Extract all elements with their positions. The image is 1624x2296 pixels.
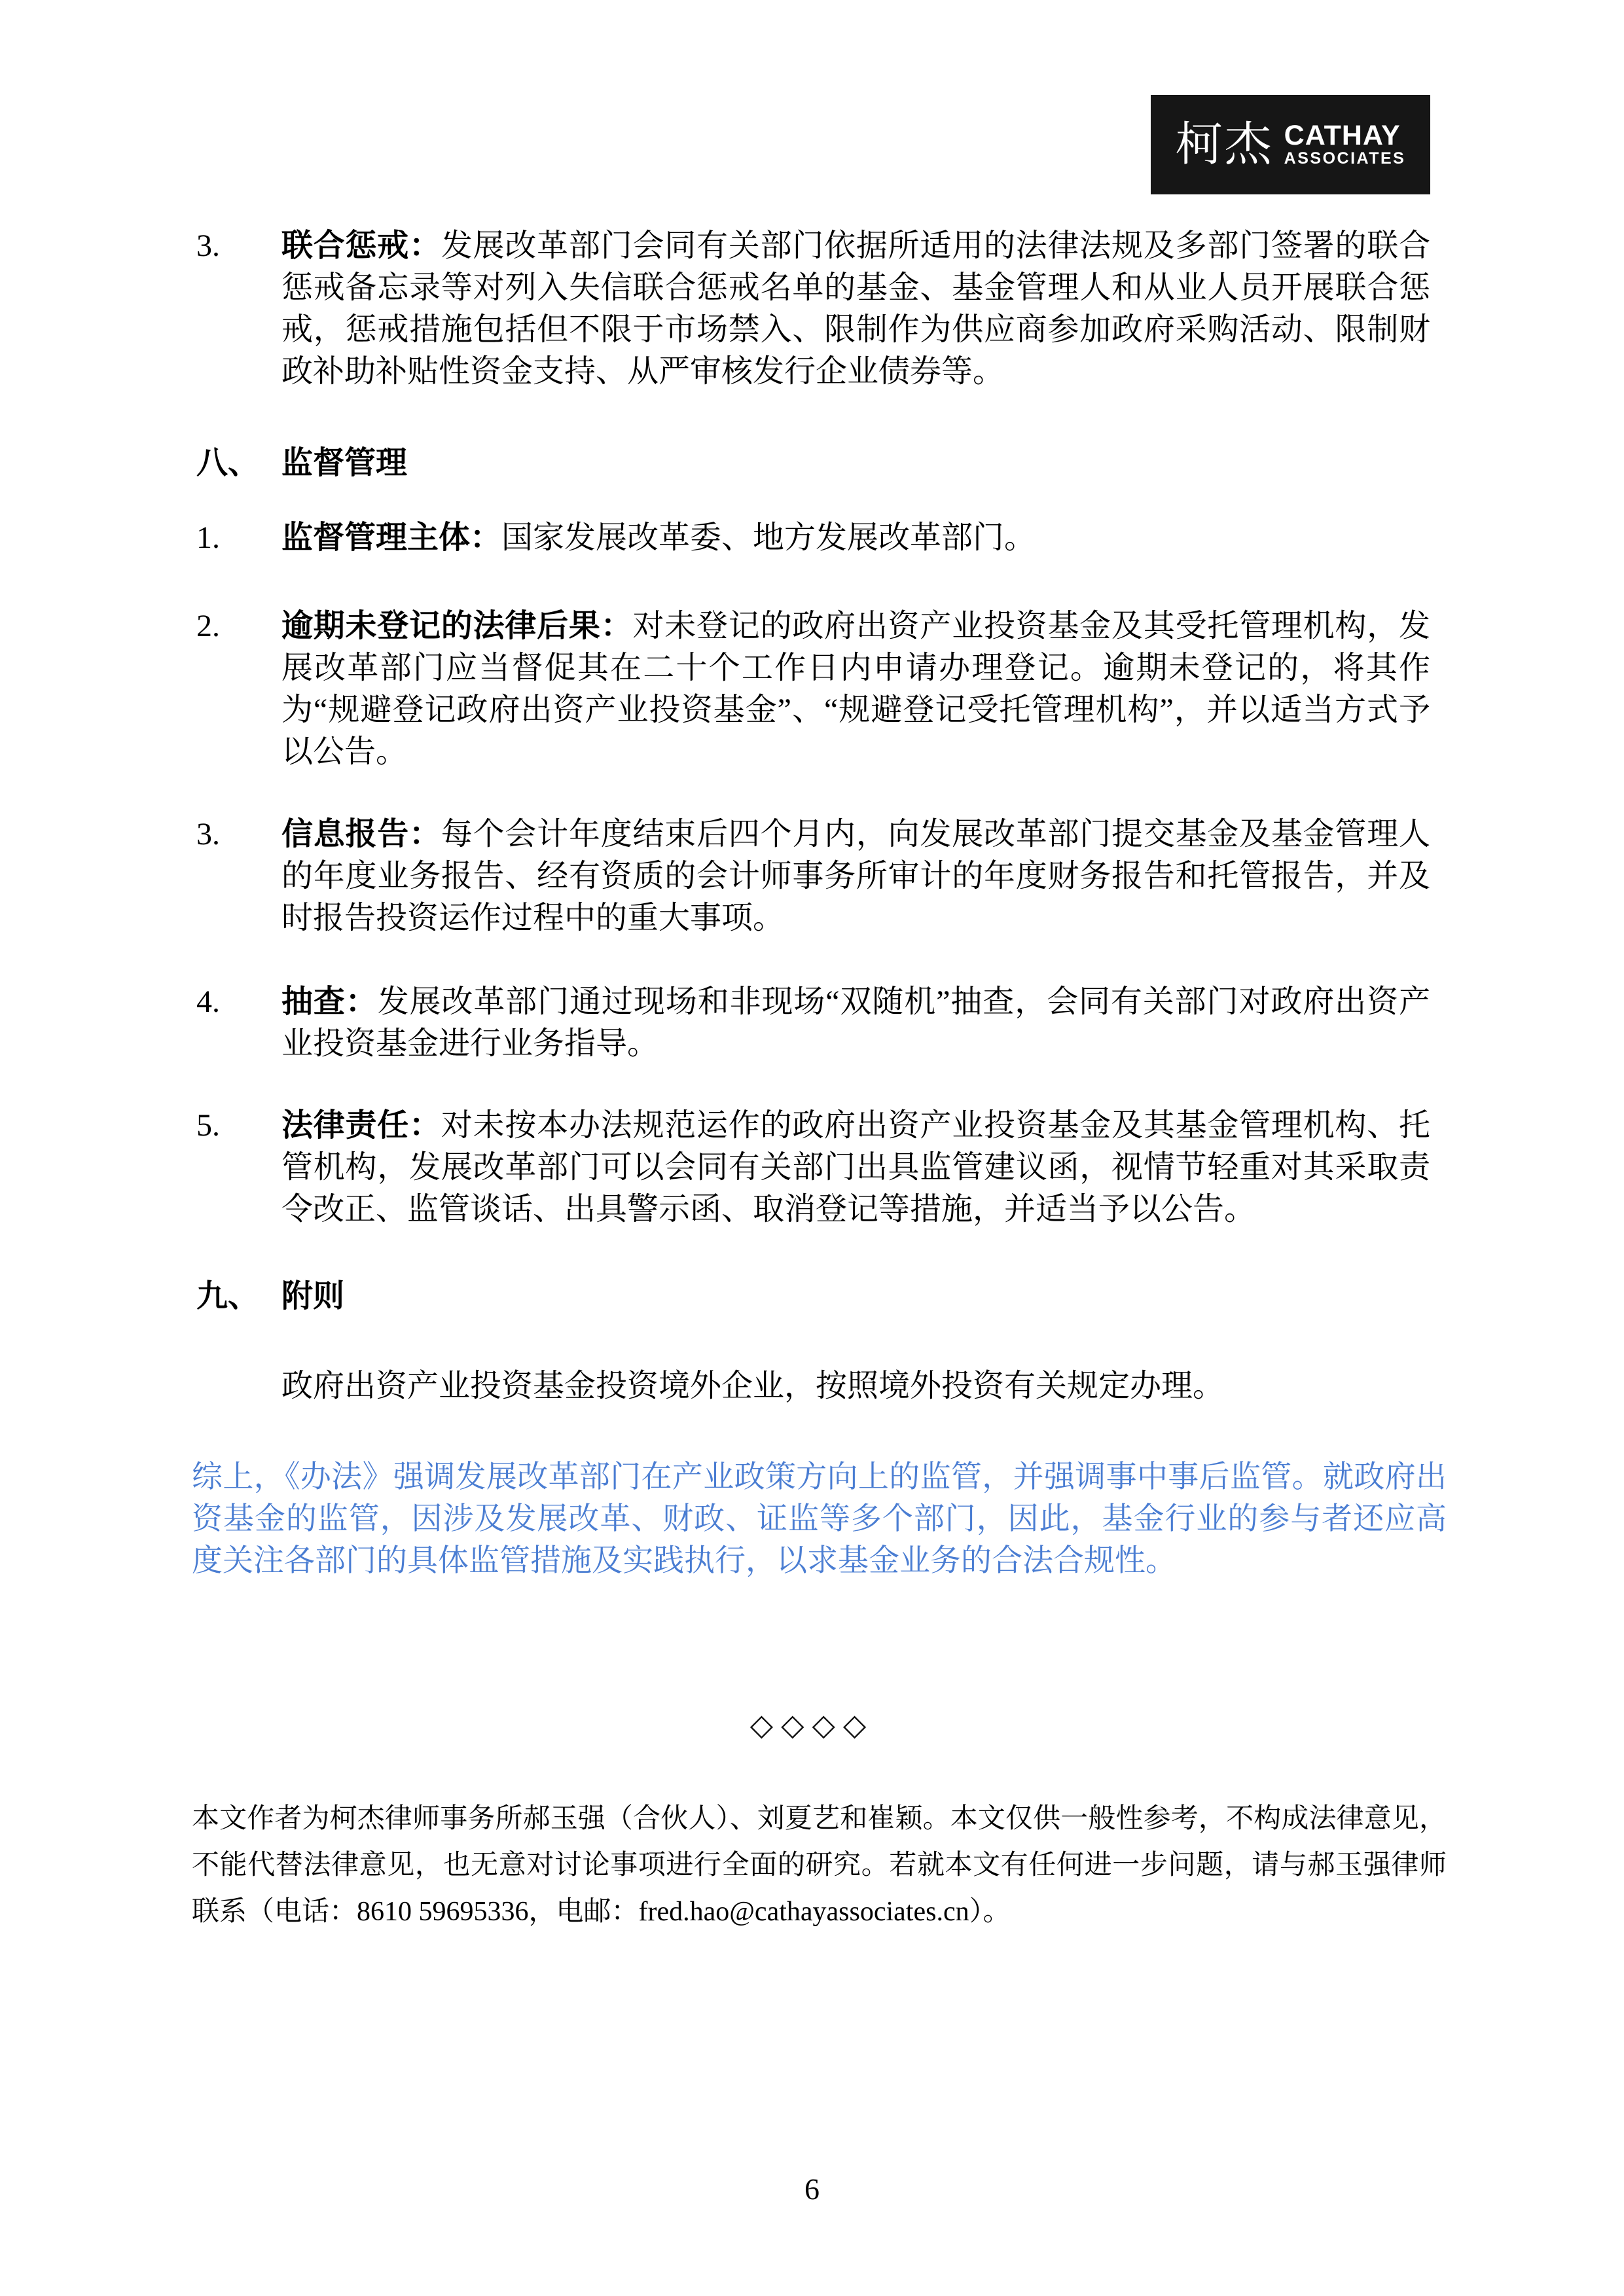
list-item-body: 发展改革部门通过现场和非现场“双随机”抽查，会同有关部门对政府出资产业投资基金进… bbox=[281, 984, 1430, 1061]
document-page: 柯杰 CATHAY ASSOCIATES 3. 联合惩戒：发展改革部门会同有关部… bbox=[0, 0, 1624, 2296]
list-item-text: 抽查：发展改革部门通过现场和非现场“双随机”抽查，会同有关部门对政府出资产业投资… bbox=[281, 981, 1430, 1065]
page-number: 6 bbox=[0, 2172, 1624, 2206]
list-item-text: 法律责任：对未按本办法规范运作的政府出资产业投资基金及其基金管理机构、托管机构，… bbox=[281, 1105, 1430, 1230]
section-title: 附则 bbox=[281, 1276, 344, 1318]
list-item-body: 发展改革部门会同有关部门依据所适用的法律法规及多部门签署的联合惩戒备忘录等对列入… bbox=[281, 228, 1430, 389]
list-item-label: 逾期未登记的法律后果： bbox=[281, 609, 632, 643]
list-item-body: 国家发展改革委、地方发展改革部门。 bbox=[501, 520, 1036, 555]
list-item-overdue-registration: 2. 逾期未登记的法律后果：对未登记的政府出资产业投资基金及其受托管理机构，发展… bbox=[196, 605, 1430, 773]
list-item-label: 抽查： bbox=[281, 984, 378, 1019]
list-item-text: 逾期未登记的法律后果：对未登记的政府出资产业投资基金及其受托管理机构，发展改革部… bbox=[281, 605, 1430, 773]
section-number: 九、 bbox=[196, 1276, 281, 1318]
logo-english-line2: ASSOCIATES bbox=[1284, 151, 1406, 168]
logo-chinese-text: 柯杰 bbox=[1176, 121, 1274, 168]
list-item-body: 每个会计年度结束后四个月内，向发展改革部门提交基金及基金管理人的年度业务报告、经… bbox=[281, 817, 1430, 935]
list-item-label: 联合惩戒： bbox=[281, 228, 441, 263]
list-item-label: 法律责任： bbox=[281, 1108, 441, 1143]
list-item-number: 4. bbox=[196, 981, 281, 1023]
list-item-number: 2. bbox=[196, 605, 281, 647]
list-item-number: 3. bbox=[196, 814, 281, 855]
list-item-label: 监督管理主体： bbox=[281, 520, 501, 555]
list-item-label: 信息报告： bbox=[281, 817, 441, 852]
list-item-number: 3. bbox=[196, 225, 281, 267]
author-footnote: 本文作者为柯杰律师事务所郝玉强（合伙人）、刘夏艺和崔颖。本文仅供一般性参考，不构… bbox=[192, 1796, 1447, 1935]
list-item-joint-sanctions: 3. 联合惩戒：发展改革部门会同有关部门依据所适用的法律法规及多部门签署的联合惩… bbox=[196, 225, 1430, 393]
section-title: 监督管理 bbox=[281, 442, 407, 484]
list-item-supervision-subject: 1. 监督管理主体：国家发展改革委、地方发展改革部门。 bbox=[196, 517, 1430, 559]
logo-english-text: CATHAY ASSOCIATES bbox=[1284, 122, 1406, 167]
list-item-information-report: 3. 信息报告：每个会计年度结束后四个月内，向发展改革部门提交基金及基金管理人的… bbox=[196, 814, 1430, 939]
logo-english-line1: CATHAY bbox=[1284, 122, 1406, 151]
list-item-spot-check: 4. 抽查：发展改革部门通过现场和非现场“双随机”抽查，会同有关部门对政府出资产… bbox=[196, 981, 1430, 1065]
list-item-body: 对未按本办法规范运作的政府出资产业投资基金及其基金管理机构、托管机构，发展改革部… bbox=[281, 1108, 1430, 1227]
conclusion-paragraph: 综上，《办法》强调发展改革部门在产业政策方向上的监管，并强调事中事后监管。就政府… bbox=[192, 1456, 1447, 1581]
section-heading-supervision: 八、 监督管理 bbox=[196, 442, 1430, 484]
list-item-number: 1. bbox=[196, 517, 281, 559]
supplementary-paragraph: 政府出资产业投资基金投资境外企业，按照境外投资有关规定办理。 bbox=[281, 1365, 1430, 1407]
list-item-text: 信息报告：每个会计年度结束后四个月内，向发展改革部门提交基金及基金管理人的年度业… bbox=[281, 814, 1430, 939]
list-item-text: 联合惩戒：发展改革部门会同有关部门依据所适用的法律法规及多部门签署的联合惩戒备忘… bbox=[281, 225, 1430, 393]
list-item-legal-liability: 5. 法律责任：对未按本办法规范运作的政府出资产业投资基金及其基金管理机构、托管… bbox=[196, 1105, 1430, 1230]
diamond-separator: ◇◇◇◇ bbox=[0, 1707, 1624, 1742]
list-item-text: 监督管理主体：国家发展改革委、地方发展改革部门。 bbox=[281, 517, 1430, 559]
section-number: 八、 bbox=[196, 442, 281, 484]
cathay-associates-logo: 柯杰 CATHAY ASSOCIATES bbox=[1151, 95, 1430, 194]
list-item-number: 5. bbox=[196, 1105, 281, 1147]
section-heading-supplementary: 九、 附则 bbox=[196, 1276, 1430, 1318]
